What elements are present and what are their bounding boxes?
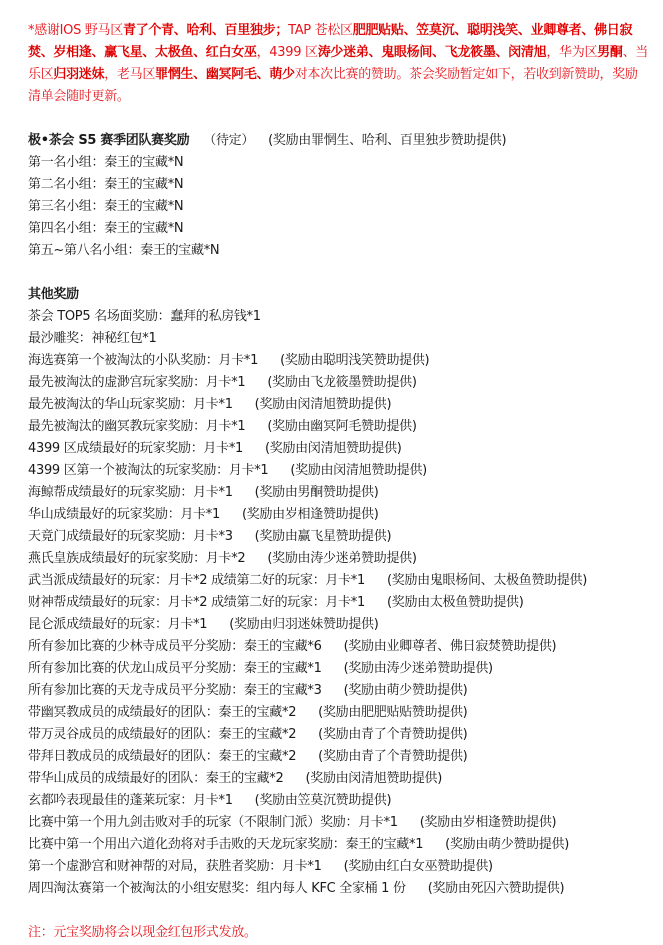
reward-text: 玄都吟表现最佳的蓬莱玩家：月卡*1 xyxy=(28,793,233,808)
pending-status: （待定） xyxy=(203,133,254,148)
sponsor-note: (奖励由聪明浅笑赞助提供) xyxy=(280,353,429,368)
sponsor-note: (奖励由归羽迷妹赞助提供) xyxy=(229,617,378,632)
document: *感谢IOS 野马区青了个青、哈利、百里独步；TAP 苍松区肥肥贴贴、笠莫沉、聪… xyxy=(28,20,648,944)
reward-text: 比赛中第一个用九剑击败对手的玩家（不限制门派）奖励：月卡*1 xyxy=(28,815,398,830)
sponsor-note: (奖励由青了个青赞助提供) xyxy=(318,727,467,742)
intro-segment-bold: 涛少迷弟、鬼眼杨间、飞龙筱墨、闵清旭 xyxy=(318,45,547,60)
team-reward-item: 第一名小组：秦王的宝藏*N xyxy=(28,152,648,174)
sponsor-thanks-paragraph: *感谢IOS 野马区青了个青、哈利、百里独步；TAP 苍松区肥肥贴贴、笠莫沉、聪… xyxy=(28,20,648,108)
intro-segment-bold: 罪惘生、幽冥阿毛、萌少 xyxy=(155,67,295,82)
sponsor-note: (奖励由闵清旭赞助提供) xyxy=(305,771,442,786)
reward-item: 燕氏皇族成绩最好的玩家奖励：月卡*2(奖励由涛少迷弟赞助提供) xyxy=(28,548,648,570)
reward-text: 所有参加比赛的少林寺成员平分奖励：秦王的宝藏*6 xyxy=(28,639,322,654)
other-rewards-list: 茶会 TOP5 名场面奖励：蠢拜的私房钱*1最沙雕奖：神秘红包*1海选赛第一个被… xyxy=(28,306,648,900)
reward-text: 比赛中第一个用出六道化劲将对手击败的天龙玩家奖励：秦王的宝藏*1 xyxy=(28,837,423,852)
reward-item: 4399 区成绩最好的玩家奖励：月卡*1(奖励由闵清旭赞助提供) xyxy=(28,438,648,460)
reward-text: 带拜日教成员的成绩最好的团队：秦王的宝藏*2 xyxy=(28,749,296,764)
footnote: 注：元宝奖励将会以现金红包形式发放。 xyxy=(28,922,648,944)
reward-text: 4399 区成绩最好的玩家奖励：月卡*1 xyxy=(28,441,243,456)
reward-text: 所有参加比赛的天龙寺成员平分奖励：秦王的宝藏*3 xyxy=(28,683,322,698)
reward-text: 海选赛第一个被淘汰的小队奖励：月卡*1 xyxy=(28,353,258,368)
intro-segment: ，华为区 xyxy=(546,45,597,60)
sponsor-note: (奖励由笠莫沉赞助提供) xyxy=(255,793,392,808)
reward-item: 最先被淘汰的虚渺宫玩家奖励：月卡*1(奖励由飞龙筱墨赞助提供) xyxy=(28,372,648,394)
reward-text: 武当派成绩最好的玩家：月卡*2 成绩第二好的玩家：月卡*1 xyxy=(28,573,365,588)
reward-text: 最先被淘汰的幽冥教玩家奖励：月卡*1 xyxy=(28,419,245,434)
reward-item: 财神帮成绩最好的玩家：月卡*2 成绩第二好的玩家：月卡*1(奖励由太极鱼赞助提供… xyxy=(28,592,648,614)
reward-item: 茶会 TOP5 名场面奖励：蠢拜的私房钱*1 xyxy=(28,306,648,328)
other-rewards-section: 其他奖励 茶会 TOP5 名场面奖励：蠢拜的私房钱*1最沙雕奖：神秘红包*1海选… xyxy=(28,284,648,900)
reward-text: 带华山成员的成绩最好的团队：秦王的宝藏*2 xyxy=(28,771,283,786)
sponsor-note: (奖励由鬼眼杨间、太极鱼赞助提供) xyxy=(387,573,587,588)
sponsor-note: (奖励由业卿尊者、佛日寂焚赞助提供) xyxy=(344,639,557,654)
sponsor-note: (奖励由闵清旭赞助提供) xyxy=(290,463,427,478)
team-rewards-heading: 极•茶会 S5 赛季团队赛奖励（待定）(奖励由罪惘生、哈利、百里独步赞助提供) xyxy=(28,130,648,152)
sponsor-note: (奖励由肥肥贴贴赞助提供) xyxy=(318,705,467,720)
reward-text: 带幽冥教成员的成绩最好的团队：秦王的宝藏*2 xyxy=(28,705,296,720)
sponsor-note: (奖励由太极鱼赞助提供) xyxy=(387,595,524,610)
reward-text: 燕氏皇族成绩最好的玩家奖励：月卡*2 xyxy=(28,551,245,566)
reward-item: 周四淘汰赛第一个被淘汰的小组安慰奖：组内每人 KFC 全家桶 1 份(奖励由死囚… xyxy=(28,878,648,900)
intro-segment-bold: 男酮 xyxy=(597,45,622,60)
team-reward-item: 第四名小组：秦王的宝藏*N xyxy=(28,218,648,240)
sponsor-note: (奖励由飞龙筱墨赞助提供) xyxy=(267,375,416,390)
reward-text: 4399 区第一个被淘汰的玩家奖励：月卡*1 xyxy=(28,463,268,478)
reward-text: 华山成绩最好的玩家奖励：月卡*1 xyxy=(28,507,220,522)
reward-text: 海鲸帮成绩最好的玩家奖励：月卡*1 xyxy=(28,485,233,500)
reward-text: 最先被淘汰的虚渺宫玩家奖励：月卡*1 xyxy=(28,375,245,390)
sponsor-note: (奖励由红白女巫赞助提供) xyxy=(344,859,493,874)
sponsor-note: (奖励由萌少赞助提供) xyxy=(344,683,468,698)
sponsor-note: (奖励由死囚六赞助提供) xyxy=(428,881,565,896)
other-rewards-heading: 其他奖励 xyxy=(28,284,648,306)
reward-text: 带万灵谷成员的成绩最好的团队：秦王的宝藏*2 xyxy=(28,727,296,742)
reward-item: 海鲸帮成绩最好的玩家奖励：月卡*1(奖励由男酮赞助提供) xyxy=(28,482,648,504)
sponsor-note: (奖励由涛少迷弟赞助提供) xyxy=(344,661,493,676)
sponsor-note: (奖励由萌少赞助提供) xyxy=(445,837,569,852)
reward-item: 最先被淘汰的华山玩家奖励：月卡*1(奖励由闵清旭赞助提供) xyxy=(28,394,648,416)
reward-item: 所有参加比赛的伏龙山成员平分奖励：秦王的宝藏*1(奖励由涛少迷弟赞助提供) xyxy=(28,658,648,680)
team-rewards-title: 极•茶会 S5 赛季团队赛奖励 xyxy=(28,133,189,148)
sponsor-note: (奖励由罪惘生、哈利、百里独步赞助提供) xyxy=(268,133,506,148)
sponsor-note: (奖励由幽冥阿毛赞助提供) xyxy=(267,419,416,434)
intro-segment: *感谢IOS 野马区 xyxy=(28,23,123,38)
reward-text: 所有参加比赛的伏龙山成员平分奖励：秦王的宝藏*1 xyxy=(28,661,322,676)
reward-text: 最先被淘汰的华山玩家奖励：月卡*1 xyxy=(28,397,233,412)
reward-item: 带华山成员的成绩最好的团队：秦王的宝藏*2(奖励由闵清旭赞助提供) xyxy=(28,768,648,790)
intro-segment: TAP 苍松区 xyxy=(288,23,353,38)
reward-item: 最沙雕奖：神秘红包*1 xyxy=(28,328,648,350)
sponsor-note: (奖励由闵清旭赞助提供) xyxy=(265,441,402,456)
reward-text: 最沙雕奖：神秘红包*1 xyxy=(28,331,156,346)
sponsor-note: (奖励由赢飞星赞助提供) xyxy=(255,529,392,544)
sponsor-note: (奖励由青了个青赞助提供) xyxy=(318,749,467,764)
reward-item: 比赛中第一个用九剑击败对手的玩家（不限制门派）奖励：月卡*1(奖励由岁相逢赞助提… xyxy=(28,812,648,834)
reward-text: 茶会 TOP5 名场面奖励：蠢拜的私房钱*1 xyxy=(28,309,261,324)
intro-segment: ，4399 区 xyxy=(257,45,318,60)
reward-text: 天竟门成绩最好的玩家奖励：月卡*3 xyxy=(28,529,233,544)
reward-item: 带万灵谷成员的成绩最好的团队：秦王的宝藏*2(奖励由青了个青赞助提供) xyxy=(28,724,648,746)
sponsor-note: (奖励由岁相逢赞助提供) xyxy=(242,507,379,522)
sponsor-note: (奖励由涛少迷弟赞助提供) xyxy=(267,551,416,566)
reward-text: 昆仑派成绩最好的玩家：月卡*1 xyxy=(28,617,207,632)
reward-item: 比赛中第一个用出六道化劲将对手击败的天龙玩家奖励：秦王的宝藏*1(奖励由萌少赞助… xyxy=(28,834,648,856)
reward-item: 4399 区第一个被淘汰的玩家奖励：月卡*1(奖励由闵清旭赞助提供) xyxy=(28,460,648,482)
intro-segment-bold: 归羽迷妹 xyxy=(53,67,104,82)
reward-item: 海选赛第一个被淘汰的小队奖励：月卡*1(奖励由聪明浅笑赞助提供) xyxy=(28,350,648,372)
reward-text: 财神帮成绩最好的玩家：月卡*2 成绩第二好的玩家：月卡*1 xyxy=(28,595,365,610)
reward-item: 玄都吟表现最佳的蓬莱玩家：月卡*1(奖励由笠莫沉赞助提供) xyxy=(28,790,648,812)
reward-item: 华山成绩最好的玩家奖励：月卡*1(奖励由岁相逢赞助提供) xyxy=(28,504,648,526)
team-reward-item: 第五~第八名小组：秦王的宝藏*N xyxy=(28,240,648,262)
reward-item: 武当派成绩最好的玩家：月卡*2 成绩第二好的玩家：月卡*1(奖励由鬼眼杨间、太极… xyxy=(28,570,648,592)
team-rewards-section: 极•茶会 S5 赛季团队赛奖励（待定）(奖励由罪惘生、哈利、百里独步赞助提供) … xyxy=(28,130,648,262)
reward-item: 最先被淘汰的幽冥教玩家奖励：月卡*1(奖励由幽冥阿毛赞助提供) xyxy=(28,416,648,438)
reward-text: 周四淘汰赛第一个被淘汰的小组安慰奖：组内每人 KFC 全家桶 1 份 xyxy=(28,881,406,896)
team-reward-item: 第二名小组：秦王的宝藏*N xyxy=(28,174,648,196)
intro-segment: ，老马区 xyxy=(104,67,155,82)
reward-item: 所有参加比赛的天龙寺成员平分奖励：秦王的宝藏*3(奖励由萌少赞助提供) xyxy=(28,680,648,702)
reward-item: 带幽冥教成员的成绩最好的团队：秦王的宝藏*2(奖励由肥肥贴贴赞助提供) xyxy=(28,702,648,724)
reward-item: 天竟门成绩最好的玩家奖励：月卡*3(奖励由赢飞星赞助提供) xyxy=(28,526,648,548)
reward-item: 第一个虚渺宫和财神帮的对局，获胜者奖励：月卡*1(奖励由红白女巫赞助提供) xyxy=(28,856,648,878)
sponsor-note: (奖励由岁相逢赞助提供) xyxy=(420,815,557,830)
reward-item: 昆仑派成绩最好的玩家：月卡*1(奖励由归羽迷妹赞助提供) xyxy=(28,614,648,636)
team-reward-item: 第三名小组：秦王的宝藏*N xyxy=(28,196,648,218)
sponsor-note: (奖励由闵清旭赞助提供) xyxy=(255,397,392,412)
reward-item: 所有参加比赛的少林寺成员平分奖励：秦王的宝藏*6(奖励由业卿尊者、佛日寂焚赞助提… xyxy=(28,636,648,658)
sponsor-note: (奖励由男酮赞助提供) xyxy=(255,485,379,500)
intro-segment-bold: 青了个青、哈利、百里独步； xyxy=(123,23,288,38)
reward-item: 带拜日教成员的成绩最好的团队：秦王的宝藏*2(奖励由青了个青赞助提供) xyxy=(28,746,648,768)
reward-text: 第一个虚渺宫和财神帮的对局，获胜者奖励：月卡*1 xyxy=(28,859,322,874)
